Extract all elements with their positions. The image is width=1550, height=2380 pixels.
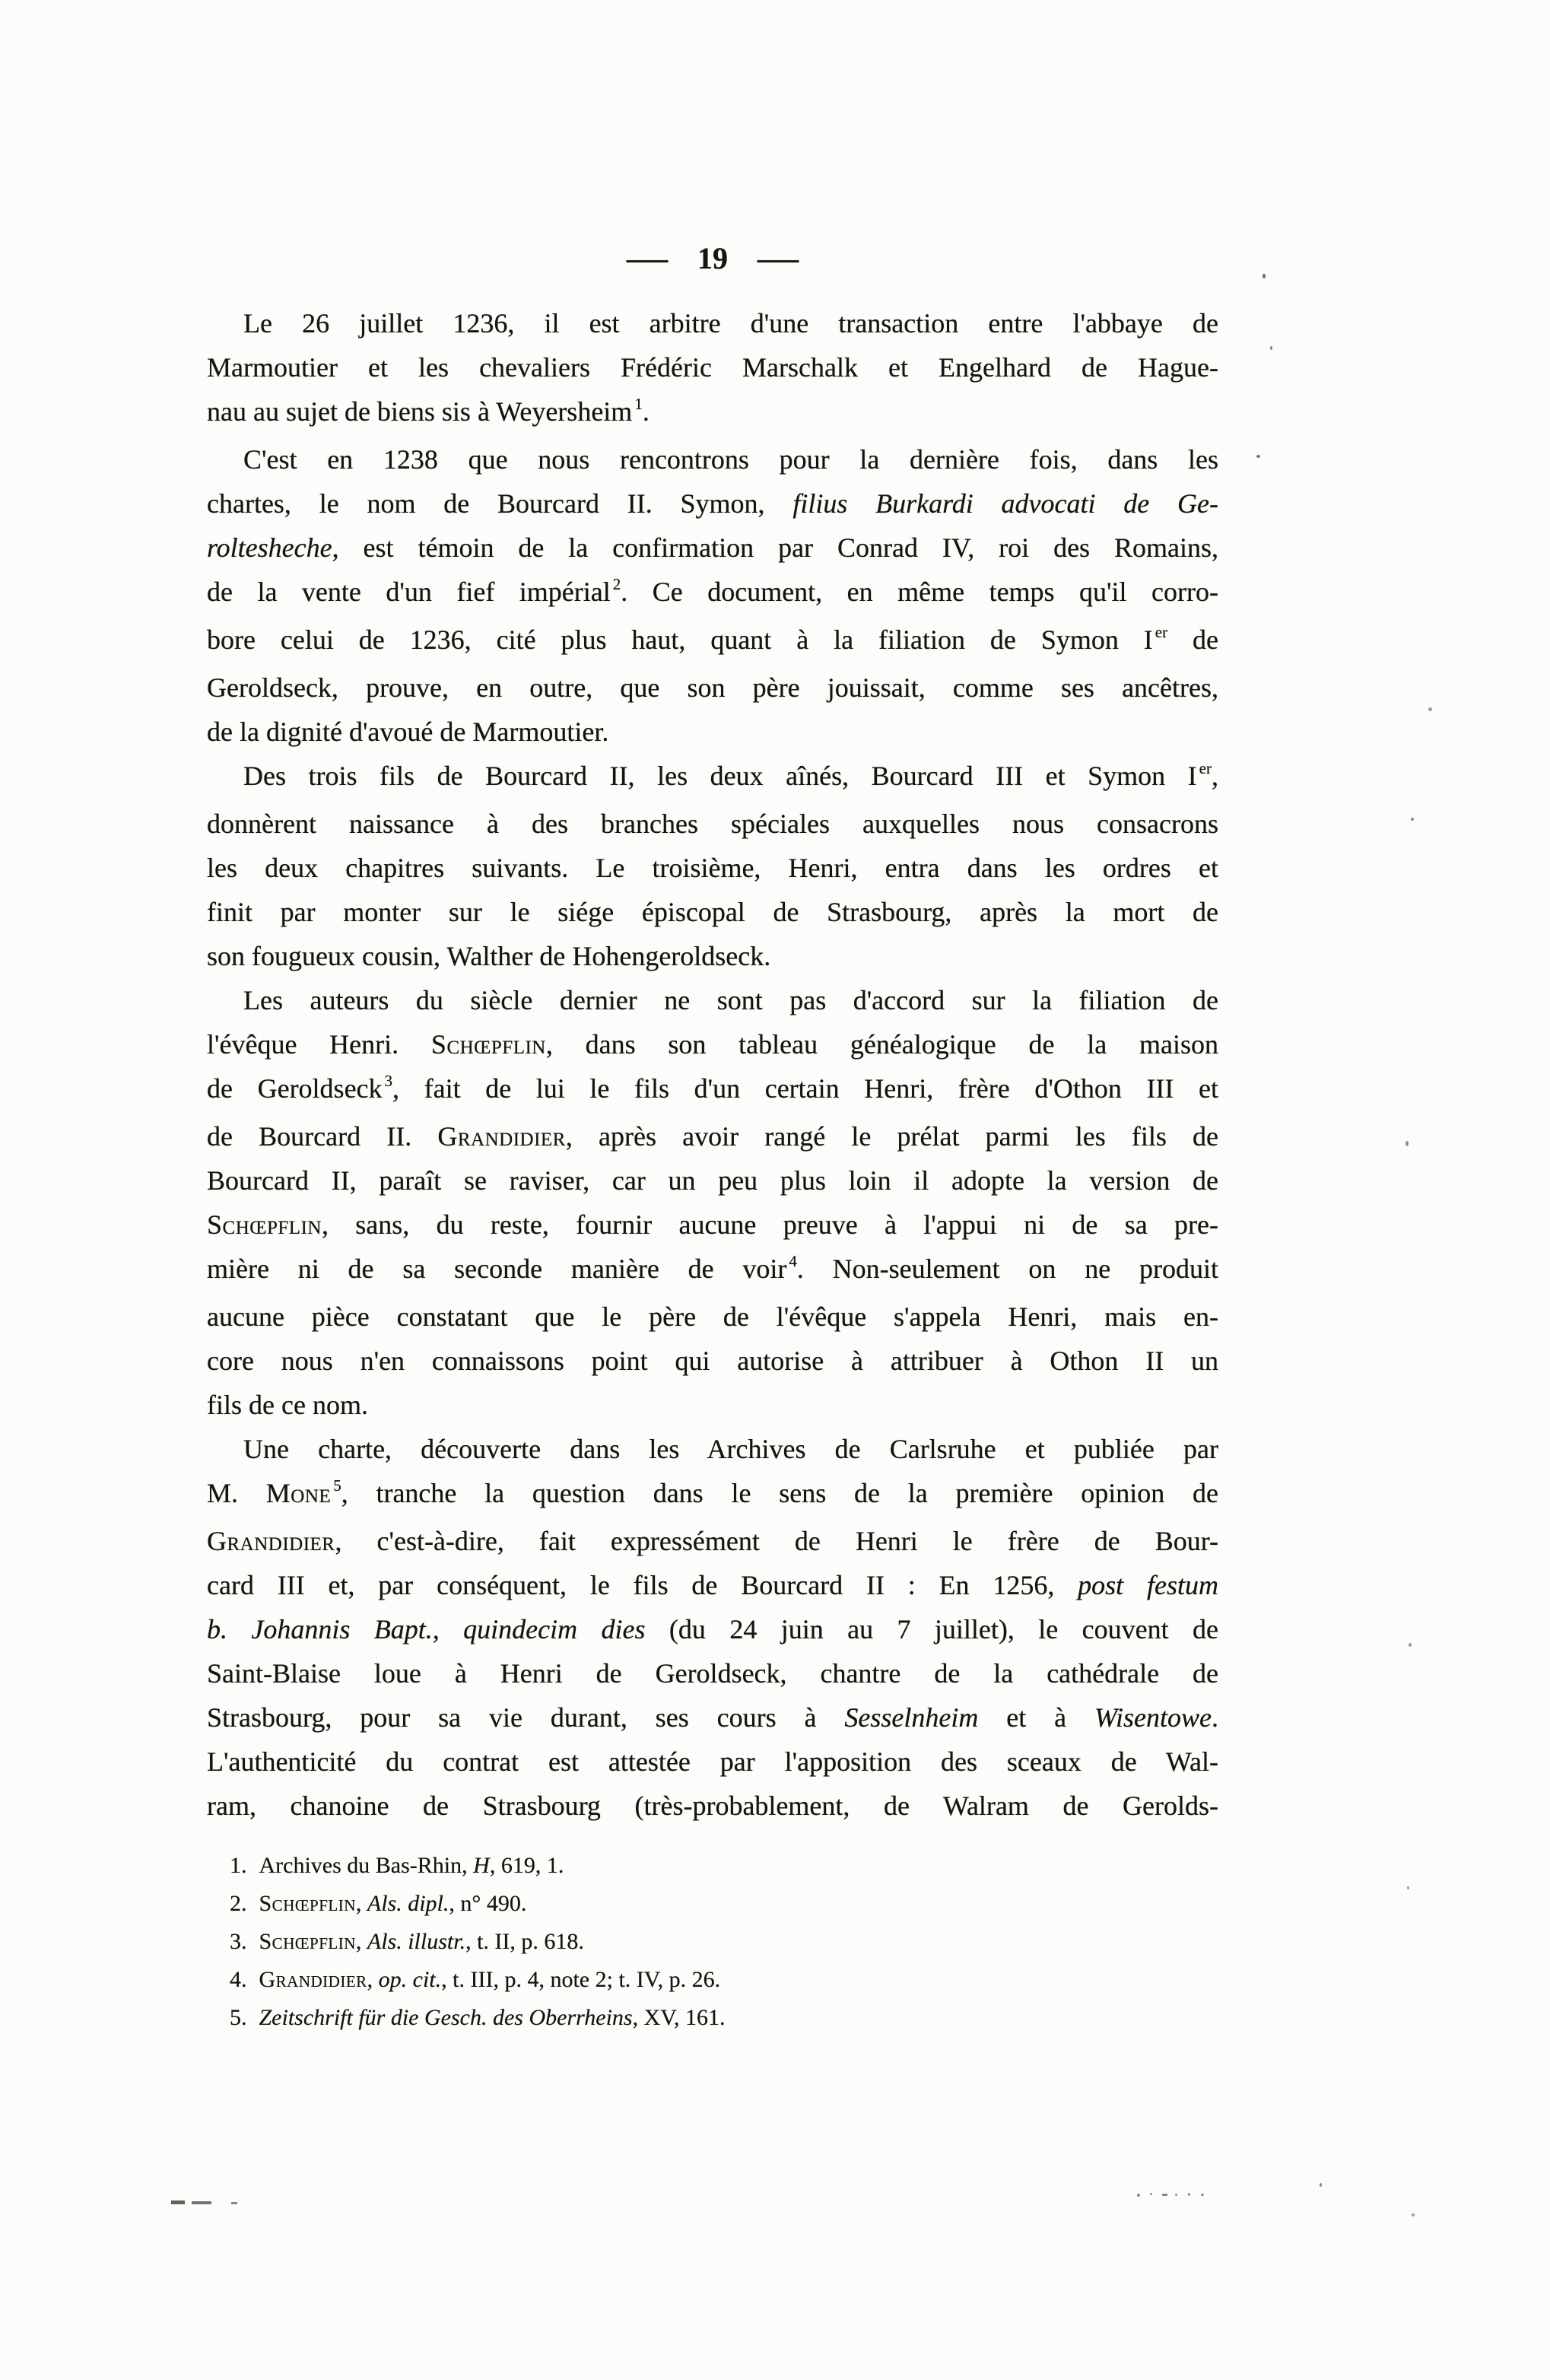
text-line: Des trois fils de Bourcard II, les deux … — [207, 754, 1218, 802]
text-segment: , — [367, 1967, 379, 1992]
scan-artifact — [1263, 274, 1266, 278]
text-line: mière ni de sa seconde manière de voir4.… — [207, 1247, 1218, 1295]
text-line: de la dignité d'avoué de Marmoutier. — [207, 710, 1218, 754]
scan-artifact — [231, 2202, 237, 2204]
text-segment: , n° 490. — [449, 1891, 526, 1916]
text-segment: , c'est-à-dire, fait expressément de Hen… — [335, 1526, 1219, 1556]
text-line: Bourcard II, paraît se raviser, car un p… — [207, 1158, 1218, 1203]
text-segment: post festum — [1078, 1570, 1218, 1600]
page-header: — 19 — — [207, 240, 1218, 276]
footnote-number: 1. — [230, 1853, 247, 1878]
scan-artifact — [1256, 455, 1260, 458]
text-segment: de Geroldseck — [207, 1073, 383, 1104]
text-segment: Grandidier — [207, 1526, 335, 1556]
text-line: Strasbourg, pour sa vie durant, ses cour… — [207, 1695, 1218, 1740]
page-number: 19 — [697, 240, 728, 276]
scanned-book-page: — 19 — Le 26 juillet 1236, il est arbitr… — [0, 0, 1550, 2380]
scan-artifact — [1411, 818, 1414, 821]
text-segment: Bourcard II, paraît se raviser, car un p… — [207, 1165, 1218, 1196]
text-segment: Saint-Blaise loue à Henri de Geroldseck,… — [207, 1658, 1218, 1689]
text-segment: , sans, du reste, fournir aucune preuve … — [322, 1209, 1218, 1240]
text-segment: Schœpflin — [259, 1929, 356, 1954]
text-segment: core nous n'en connaissons point qui aut… — [207, 1346, 1218, 1376]
text-line: de Bourcard II. Grandidier, après avoir … — [207, 1114, 1218, 1158]
scan-artifact — [171, 2200, 185, 2204]
text-line: de Geroldseck3, fait de lui le fils d'un… — [207, 1066, 1218, 1114]
text-line: finit par monter sur le siége épiscopal … — [207, 890, 1218, 934]
footnote-marker: 3 — [385, 1072, 393, 1090]
text-line: les deux chapitres suivants. Le troisièm… — [207, 846, 1218, 890]
text-segment: , dans son tableau généalogique de la ma… — [546, 1029, 1218, 1060]
text-segment: . — [1212, 1702, 1218, 1733]
text-segment: , 619, 1. — [490, 1853, 564, 1878]
text-line: fils de ce nom. — [207, 1383, 1218, 1427]
text-line: aucune pièce constatant que le père de l… — [207, 1295, 1218, 1339]
text-segment: de Bourcard II. — [207, 1121, 437, 1152]
scan-artifact — [192, 2201, 211, 2204]
footnote-marker: 5 — [333, 1476, 341, 1495]
text-segment: Archives du Bas-Rhin, — [259, 1853, 474, 1878]
text-segment: bore celui de 1236, cité plus haut, quan… — [207, 624, 1153, 655]
text-line: Le 26 juillet 1236, il est arbitre d'une… — [207, 301, 1218, 345]
text-line: Une charte, découverte dans les Archives… — [207, 1427, 1218, 1471]
text-segment: , après avoir rangé le prélat parmi les … — [566, 1121, 1218, 1152]
scan-artifact — [1137, 2194, 1140, 2197]
footnote: 5.Zeitschrift für die Gesch. des Oberrhe… — [230, 1999, 1218, 2037]
text-segment: de la dignité d'avoué de Marmoutier. — [207, 717, 608, 747]
text-line: Geroldseck, prouve, en outre, que son pè… — [207, 666, 1218, 710]
text-segment: , est témoin de la confirmation par Conr… — [332, 532, 1218, 563]
text-segment: Les auteurs du siècle dernier ne sont pa… — [243, 985, 1218, 1015]
text-segment: Grandidier — [259, 1967, 367, 1992]
text-segment: l'évêque Henri. — [207, 1029, 431, 1060]
text-line: bore celui de 1236, cité plus haut, quan… — [207, 618, 1218, 666]
text-segment: M. — [207, 1478, 266, 1508]
text-segment: b. Johannis Bapt., quindecim dies — [207, 1614, 646, 1644]
footnote-number: 4. — [230, 1967, 247, 1992]
footnote-marker: er — [1199, 759, 1212, 777]
text-segment: Schœpflin — [207, 1209, 322, 1240]
text-segment: Marmoutier et les chevaliers Frédéric Ma… — [207, 352, 1218, 383]
footnote-number: 2. — [230, 1891, 247, 1916]
text-segment: ram, chanoine de Strasbourg (très-probab… — [207, 1791, 1218, 1821]
text-block: Le 26 juillet 1236, il est arbitre d'une… — [207, 301, 1218, 1828]
text-segment: Grandidier — [437, 1121, 566, 1152]
scan-artifact — [1175, 2194, 1177, 2196]
text-line: de la vente d'un fief impérial2. Ce docu… — [207, 570, 1218, 618]
text-segment: . — [643, 396, 650, 427]
text-segment: Strasbourg, pour sa vie durant, ses cour… — [207, 1702, 844, 1733]
scan-artifact — [1409, 1643, 1412, 1647]
scan-artifact — [1201, 2194, 1204, 2196]
footnote-marker: 1 — [634, 395, 643, 413]
text-segment: , fait de lui le fils d'un certain Henri… — [392, 1073, 1218, 1104]
text-segment: donnèrent naissance à des branches spéci… — [207, 809, 1218, 839]
text-segment: C'est en 1238 que nous rencontrons pour … — [243, 444, 1218, 475]
text-line: C'est en 1238 que nous rencontrons pour … — [207, 437, 1218, 481]
scan-artifact — [1270, 346, 1272, 350]
text-segment: (du 24 juin au 7 juillet), le couvent de — [646, 1614, 1218, 1644]
text-line: donnèrent naissance à des branches spéci… — [207, 802, 1218, 846]
text-line: b. Johannis Bapt., quindecim dies (du 24… — [207, 1607, 1218, 1651]
footnote-number: 5. — [230, 2005, 247, 2030]
text-line: ram, chanoine de Strasbourg (très-probab… — [207, 1784, 1218, 1828]
text-segment: aucune pièce constatant que le père de l… — [207, 1301, 1218, 1332]
text-line: L'authenticité du contrat est attestée p… — [207, 1740, 1218, 1784]
text-line: son fougueux cousin, Walther de Hohenger… — [207, 934, 1218, 978]
text-segment: Le 26 juillet 1236, il est arbitre d'une… — [243, 308, 1218, 338]
footnote-marker: 2 — [613, 575, 621, 593]
header-left-dash: — — [627, 240, 668, 276]
scan-artifact — [1407, 1886, 1409, 1889]
text-segment: . Non-seulement on ne produit — [797, 1254, 1218, 1284]
footnotes: 1.Archives du Bas-Rhin, H, 619, 1.2.Schœ… — [230, 1847, 1218, 2037]
scan-artifact — [1188, 2193, 1190, 2196]
text-segment: Schœpflin — [431, 1029, 546, 1060]
text-line: nau au sujet de biens sis à Weyersheim1. — [207, 389, 1218, 437]
scan-artifact — [1428, 707, 1432, 711]
scan-artifact — [1412, 2213, 1415, 2216]
text-line: roltesheche, est témoin de la confirmati… — [207, 526, 1218, 570]
footnote-marker: er — [1155, 623, 1167, 641]
text-segment: . Ce document, en même temps qu'il corro… — [621, 577, 1218, 607]
text-segment: finit par monter sur le siége épiscopal … — [207, 897, 1218, 927]
text-segment: L'authenticité du contrat est attestée p… — [207, 1746, 1218, 1777]
footnote: 4.Grandidier, op. cit., t. III, p. 4, no… — [230, 1961, 1218, 1999]
text-line: core nous n'en connaissons point qui aut… — [207, 1339, 1218, 1383]
text-line: l'évêque Henri. Schœpflin, dans son tabl… — [207, 1022, 1218, 1066]
text-segment: fils de ce nom. — [207, 1390, 368, 1420]
text-line: Saint-Blaise loue à Henri de Geroldseck,… — [207, 1651, 1218, 1695]
text-segment: mière ni de sa seconde manière de voir — [207, 1254, 786, 1284]
text-segment: Als. illustr. — [367, 1929, 465, 1954]
scan-artifact — [1162, 2194, 1167, 2196]
text-segment: Zeitschrift für die Gesch. des Oberrhein… — [259, 2005, 633, 2030]
text-segment: filius Burkardi advocati de Ge- — [792, 488, 1218, 519]
footnote-number: 3. — [230, 1929, 247, 1954]
text-segment: chartes, le nom de Bourcard II. Symon, — [207, 488, 792, 519]
text-segment: Sesselnheim — [844, 1702, 978, 1733]
text-segment: H — [473, 1853, 490, 1878]
text-line: Grandidier, c'est-à-dire, fait expressém… — [207, 1519, 1218, 1563]
text-segment: , t. III, p. 4, note 2; t. IV, p. 26. — [441, 1967, 720, 1992]
text-line: Schœpflin, sans, du reste, fournir aucun… — [207, 1203, 1218, 1247]
scan-artifact — [1405, 1141, 1409, 1146]
footnote: 3.Schœpflin, Als. illustr., t. II, p. 61… — [230, 1923, 1218, 1961]
header-right-dash: — — [758, 240, 799, 276]
text-segment: de — [1167, 624, 1218, 655]
text-segment: Wisentowe — [1094, 1702, 1212, 1733]
footnote: 1.Archives du Bas-Rhin, H, 619, 1. — [230, 1847, 1218, 1885]
text-segment: , tranche la question dans le sens de la… — [341, 1478, 1218, 1508]
text-segment: Des trois fils de Bourcard II, les deux … — [243, 761, 1197, 791]
scan-artifact — [1150, 2193, 1152, 2195]
text-line: chartes, le nom de Bourcard II. Symon, f… — [207, 481, 1218, 526]
text-segment: card III et, par conséquent, le fils de … — [207, 1570, 1078, 1600]
text-segment: , — [356, 1891, 367, 1916]
text-line: card III et, par conséquent, le fils de … — [207, 1563, 1218, 1607]
text-segment: , XV, 161. — [633, 2005, 726, 2030]
text-segment: Une charte, découverte dans les Archives… — [243, 1434, 1218, 1464]
text-line: M. Mone5, tranche la question dans le se… — [207, 1471, 1218, 1519]
text-segment: les deux chapitres suivants. Le troisièm… — [207, 853, 1218, 883]
text-segment: nau au sujet de biens sis à Weyersheim — [207, 396, 632, 427]
footnote: 2.Schœpflin, Als. dipl., n° 490. — [230, 1885, 1218, 1923]
text-line: Les auteurs du siècle dernier ne sont pa… — [207, 978, 1218, 1022]
text-segment: Als. dipl. — [367, 1891, 449, 1916]
footnote-marker: 4 — [789, 1252, 797, 1270]
text-segment: roltesheche — [207, 532, 332, 563]
text-segment: , — [1212, 761, 1218, 791]
text-segment: , t. II, p. 618. — [465, 1929, 584, 1954]
scan-artifact — [1320, 2183, 1322, 2187]
text-segment: Geroldseck, prouve, en outre, que son pè… — [207, 672, 1218, 703]
text-line: Marmoutier et les chevaliers Frédéric Ma… — [207, 345, 1218, 389]
text-segment: de la vente d'un fief impérial — [207, 577, 611, 607]
text-segment: et à — [978, 1702, 1094, 1733]
text-segment: Schœpflin — [259, 1891, 356, 1916]
text-segment: Mone — [266, 1478, 331, 1508]
text-segment: , — [356, 1929, 367, 1954]
text-segment: op. cit. — [379, 1967, 442, 1992]
text-segment: son fougueux cousin, Walther de Hohenger… — [207, 941, 770, 971]
